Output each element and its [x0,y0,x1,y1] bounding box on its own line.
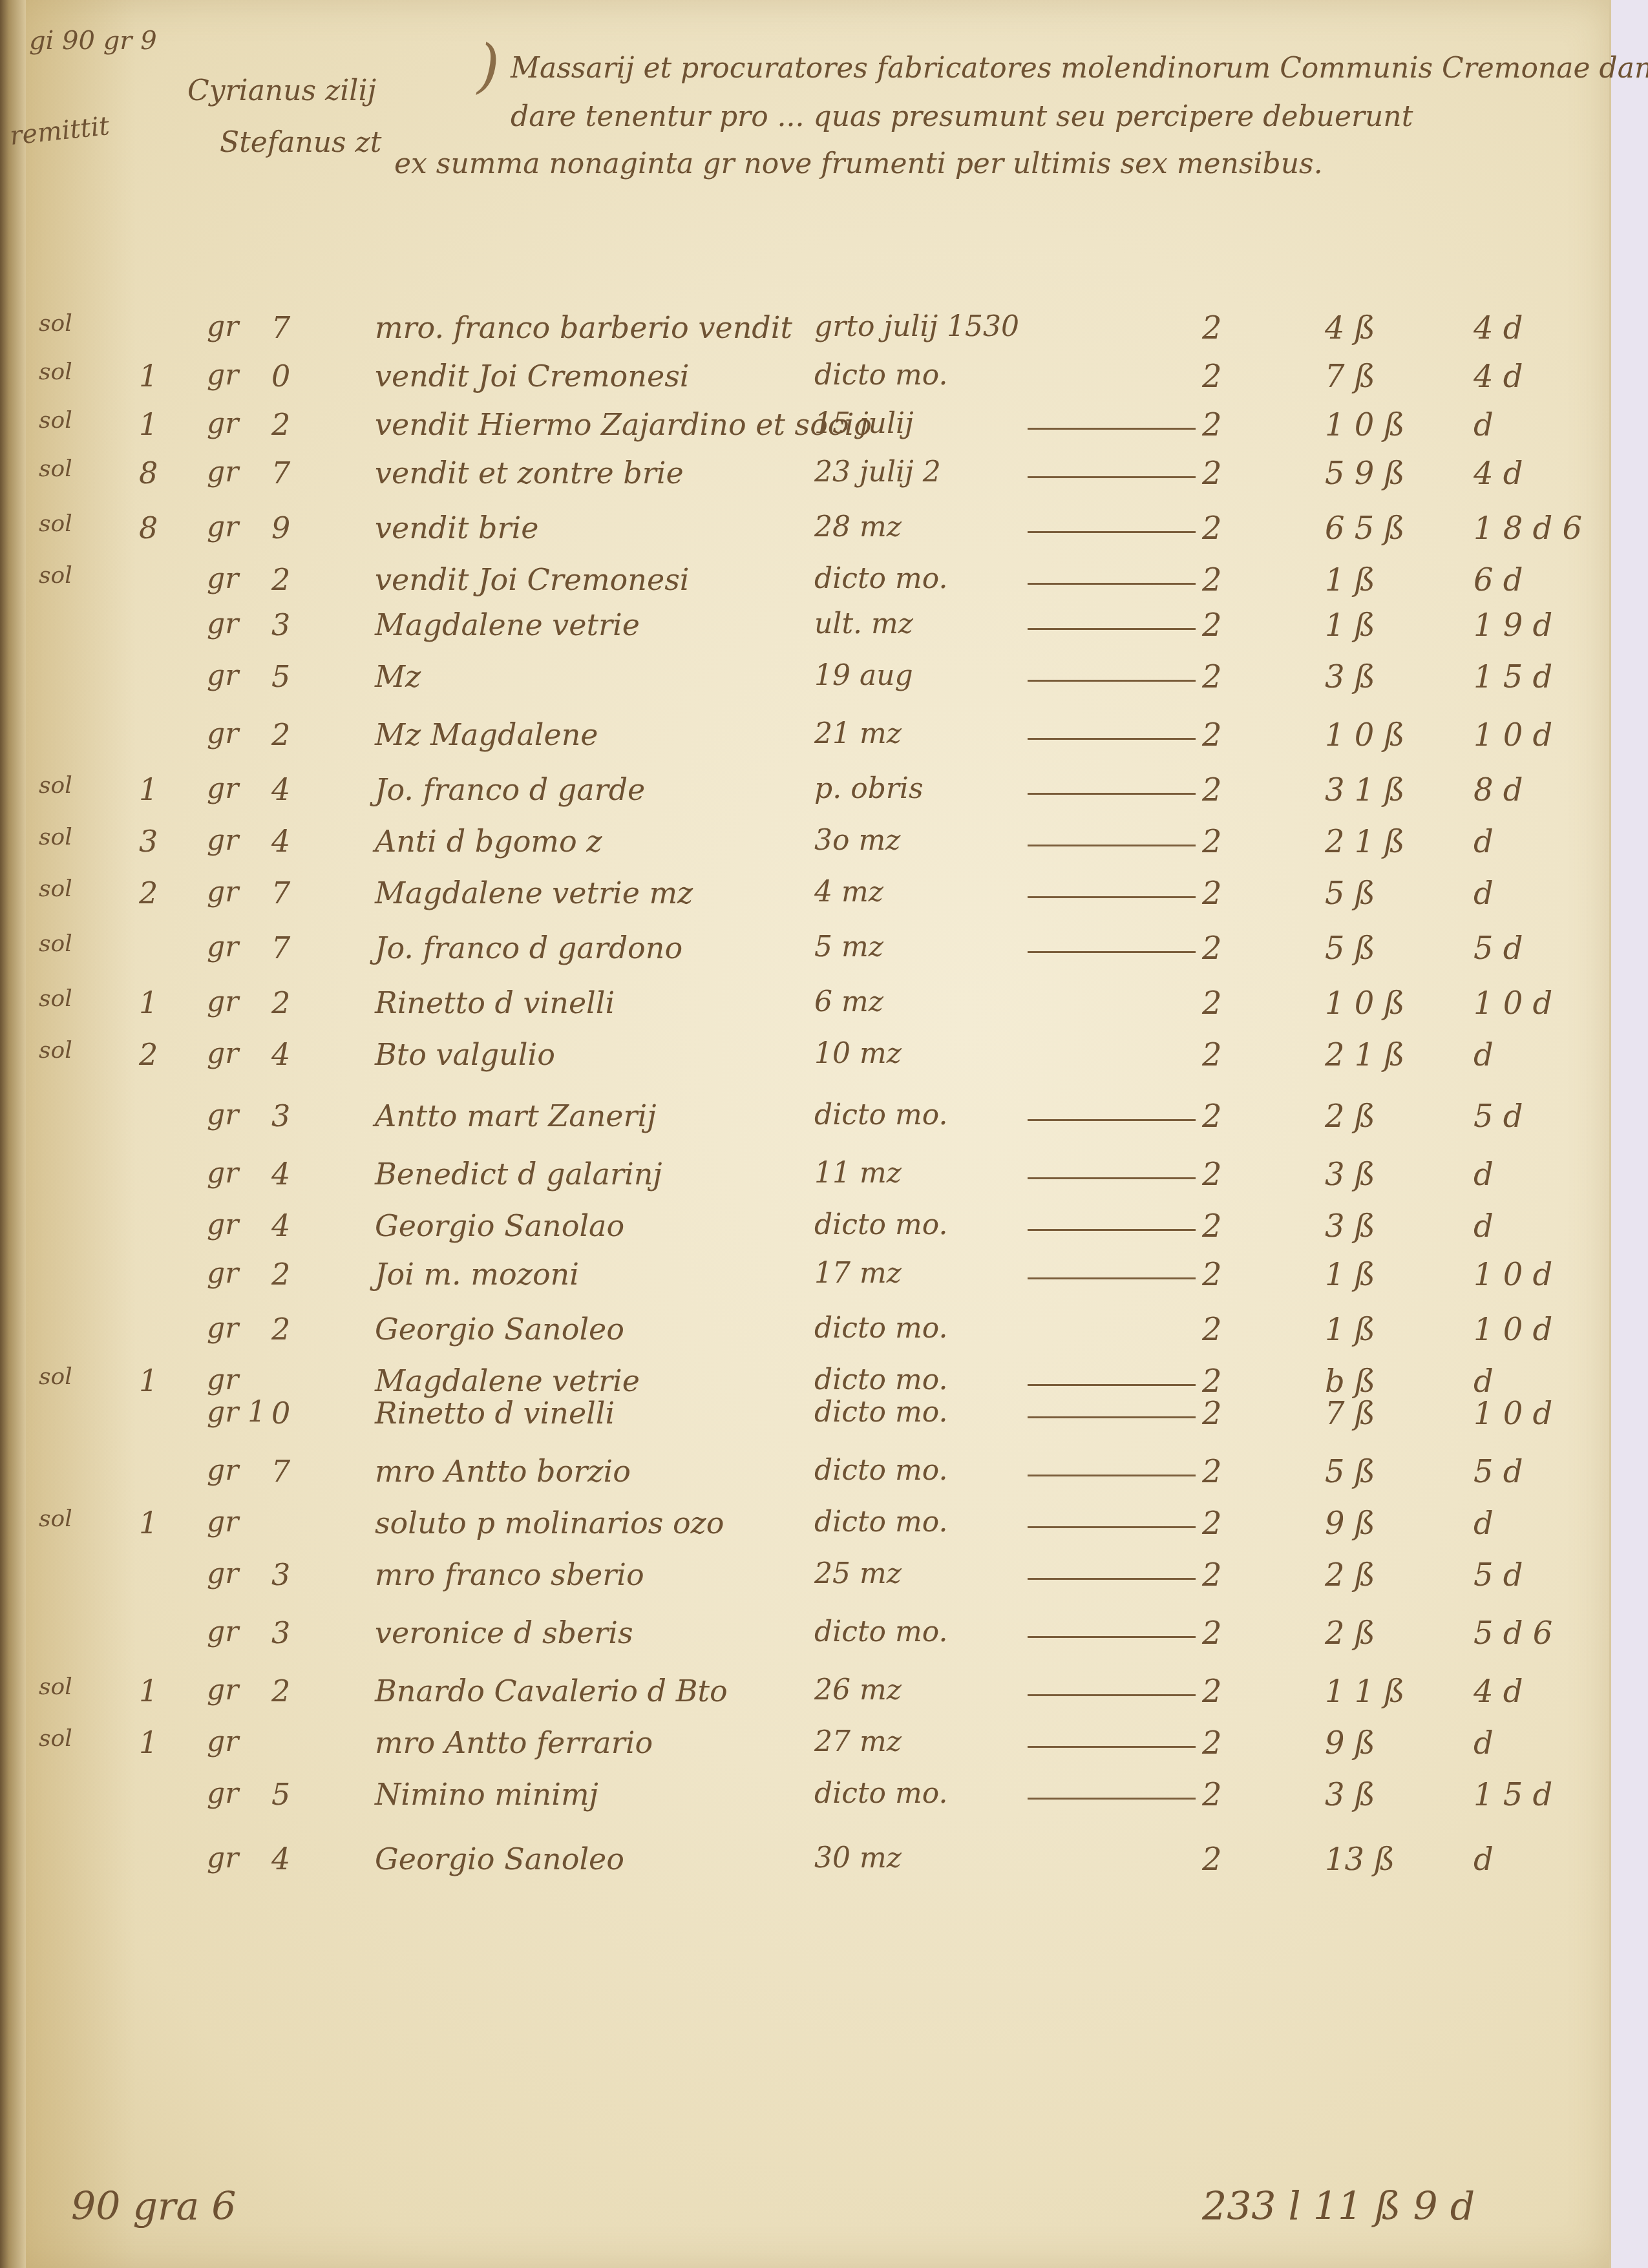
entry-name: Georgio Sanoleo [375,1842,624,1876]
ledger-row: sol1gr2Rinetto d vinelli6 mz21 0 ß1 0 d [0,985,1609,1031]
amount-denari: 5 d [1474,930,1523,967]
manuscript-page: gi 90 gr 9 remittit Cyrianus zilij Stefa… [0,0,1611,2268]
count-mark: 1 [139,1506,158,1540]
ledger-row: gr2Joi m. mozoni17 mz21 ß1 0 d [0,1257,1609,1302]
amount-soldi: 1 0 ß [1325,985,1405,1022]
count-mark: 1 [139,772,158,807]
ledger-dash-line [1028,1475,1196,1476]
amount-soldi: 5 ß [1325,876,1375,912]
entry-date: 10 mz [814,1037,902,1070]
amount-soldi: 3 ß [1325,1157,1375,1193]
amount-libre: 2 [1202,562,1222,598]
grain-unit: gr [207,772,238,805]
amount-denari: d [1474,1842,1494,1878]
amount-denari: 1 0 d [1474,985,1552,1022]
entry-name: mro Antto borzio [375,1454,631,1489]
ledger-row: gr4Georgio Sanoleo30 mz213 ßd [0,1842,1609,1887]
amount-soldi: 1 0 ß [1325,407,1405,443]
grain-unit: gr [207,1725,238,1758]
entry-name: soluto p molinarios ozo [375,1506,724,1540]
paid-mark: sol [39,876,72,902]
grain-unit: gr [207,659,238,692]
entry-date: dicto mo. [814,1098,947,1131]
grain-unit: gr [207,1363,238,1396]
entry-name: Jo. franco d garde [375,772,645,807]
grain-unit: gr [207,1842,238,1874]
grain-unit: gr [207,407,238,440]
entry-name: Bnardo Cavalerio d Bto [375,1674,728,1708]
amount-libre: 2 [1202,1557,1222,1593]
amount-denari: 6 d [1474,562,1523,598]
entry-name: Magdalene vetrie [375,607,640,642]
amount-libre: 2 [1202,985,1222,1022]
entry-name: Magdalene vetrie [375,1363,640,1398]
entry-name: Mz [375,659,421,694]
ledger-row: sol3gr4Anti d bgomo z3o mz22 1 ßd [0,824,1609,869]
amount-libre: 2 [1202,824,1222,860]
amount-soldi: 3 ß [1325,659,1375,695]
amount-soldi: 13 ß [1325,1842,1395,1878]
count-mark: 1 [139,1674,158,1708]
entry-date: dicto mo. [814,562,947,595]
amount-soldi: 1 ß [1325,607,1375,644]
entry-date: 3o mz [814,824,900,857]
ledger-row: gr4Benedict d galarinj11 mz23 ßd [0,1157,1609,1202]
amount-soldi: 7 ß [1325,1396,1375,1432]
paid-mark: sol [39,1674,72,1700]
paid-mark: sol [39,1363,72,1390]
entry-name: vendit Hiermo Zajardino et socio [375,407,872,442]
amount-libre: 2 [1202,717,1222,753]
amount-libre: 2 [1202,607,1222,644]
ledger-dash-line [1028,428,1196,430]
ledger-dash-line [1028,1636,1196,1638]
amount-libre: 2 [1202,1208,1222,1244]
grain-qty: 2 [271,985,290,1020]
ledger-row: sol1gr0vendit Joi Cremonesidicto mo.27 ß… [0,359,1609,404]
grain-qty: 4 [271,1157,290,1192]
grain-qty: 5 [271,659,290,694]
entry-name: vendit Joi Cremonesi [375,562,689,597]
amount-soldi: 7 ß [1325,359,1375,395]
entry-date: ult. mz [814,607,913,640]
ledger-row: sol1gr2vendit Hiermo Zajardino et socio1… [0,407,1609,452]
amount-denari: 5 d 6 [1474,1615,1552,1652]
amount-soldi: 9 ß [1325,1506,1375,1542]
count-mark: 1 [139,1363,158,1398]
entry-name: vendit brie [375,510,538,545]
ledger-row: sol2gr4Bto valgulio10 mz22 1 ßd [0,1037,1609,1082]
amount-denari: d [1474,1506,1494,1542]
amount-libre: 2 [1202,1157,1222,1193]
amount-denari: d [1474,1157,1494,1193]
ledger-dash-line [1028,1229,1196,1231]
amount-soldi: b ß [1325,1363,1375,1400]
entry-name: Jo. franco d gardono [375,930,682,965]
grain-qty: 0 [271,1396,290,1431]
entry-date: p. obris [814,772,923,805]
paid-mark: sol [39,510,72,537]
amount-libre: 2 [1202,310,1222,346]
amount-libre: 2 [1202,659,1222,695]
ledger-row: gr5Mz19 aug23 ß1 5 d [0,659,1609,704]
money-total: 233 l 11 ß 9 d [1202,2184,1475,2229]
amount-denari: 4 d [1474,359,1523,395]
amount-libre: 2 [1202,1098,1222,1135]
amount-denari: 4 d [1474,310,1523,346]
grain-qty: 0 [271,359,290,394]
grain-unit: gr [207,1506,238,1538]
amount-soldi: 5 ß [1325,930,1375,967]
ledger-dash-line [1028,628,1196,630]
amount-soldi: 3 ß [1325,1777,1375,1813]
grain-unit: gr [207,310,238,343]
entry-date: 28 mz [814,510,902,543]
entry-date: 27 mz [814,1725,902,1758]
grain-unit: gr [207,985,238,1018]
entry-name: Rinetto d vinelli [375,985,615,1020]
amount-denari: 4 d [1474,456,1523,492]
amount-soldi: 4 ß [1325,310,1375,346]
count-mark: 8 [139,456,158,490]
amount-soldi: 1 ß [1325,1312,1375,1348]
grain-unit: gr 1 [207,1396,266,1429]
amount-soldi: 6 5 ß [1325,510,1405,547]
grain-unit: gr [207,717,238,750]
ledger-row: sol8gr7vendit et zontre brie23 julij 225… [0,456,1609,501]
ledger-dash-line [1028,583,1196,585]
paid-mark: sol [39,824,72,850]
grain-unit: gr [207,510,238,543]
ledger-row: gr7mro Antto borziodicto mo.25 ß5 d [0,1454,1609,1499]
header-margin-count: gi 90 gr 9 [29,26,157,56]
entry-name: Bto valgulio [375,1037,555,1072]
ledger-dash-line [1028,680,1196,682]
amount-denari: 5 d [1474,1098,1523,1135]
count-mark: 2 [139,1037,158,1072]
amount-denari: 1 0 d [1474,1257,1552,1293]
entry-name: Anti d bgomo z [375,824,602,859]
entry-name: Joi m. mozoni [375,1257,579,1292]
grain-qty: 2 [271,1312,290,1347]
amount-libre: 2 [1202,930,1222,967]
amount-soldi: 9 ß [1325,1725,1375,1761]
ledger-dash-line [1028,476,1196,478]
amount-denari: 1 5 d [1474,1777,1552,1813]
grain-unit: gr [207,456,238,488]
entry-date: 23 julij 2 [814,456,941,488]
amount-libre: 2 [1202,1454,1222,1490]
grain-unit: gr [207,1157,238,1190]
grain-qty: 2 [271,562,290,597]
amount-soldi: 2 ß [1325,1615,1375,1652]
paid-mark: sol [39,985,72,1012]
amount-denari: d [1474,1363,1494,1400]
grain-unit: gr [207,1098,238,1131]
entry-date: dicto mo. [814,1777,947,1810]
grain-qty: 7 [271,456,290,490]
grain-unit: gr [207,359,238,392]
amount-soldi: 1 ß [1325,1257,1375,1293]
amount-denari: 1 8 d 6 [1474,510,1582,547]
count-mark: 1 [139,1725,158,1760]
grain-qty: 7 [271,1454,290,1489]
ledger-row: gr3veronice d sberisdicto mo.22 ß5 d 6 [0,1615,1609,1661]
entry-date: dicto mo. [814,1396,947,1429]
grain-unit: gr [207,1208,238,1241]
amount-denari: d [1474,876,1494,912]
ledger-dash-line [1028,793,1196,795]
amount-denari: 1 0 d [1474,1396,1552,1432]
amount-soldi: 3 1 ß [1325,772,1405,808]
amount-soldi: 5 9 ß [1325,456,1405,492]
entry-name: mro franco sberio [375,1557,644,1592]
ledger-row: sol1gr2Bnardo Cavalerio d Bto26 mz21 1 ß… [0,1674,1609,1719]
entry-date: 11 mz [814,1157,902,1190]
header-name-1: Cyrianus zilij [187,74,376,107]
ledger-row: sol1grsoluto p molinarios ozodicto mo.29… [0,1506,1609,1551]
amount-denari: d [1474,1037,1494,1073]
amount-denari: d [1474,1208,1494,1244]
count-mark: 1 [139,985,158,1020]
grain-qty: 3 [271,1615,290,1650]
paid-mark: sol [39,1725,72,1752]
paid-mark: sol [39,359,72,385]
amount-libre: 2 [1202,1506,1222,1542]
grain-qty: 9 [271,510,290,545]
amount-soldi: 1 0 ß [1325,717,1405,753]
grain-unit: gr [207,1454,238,1487]
entry-date: dicto mo. [814,359,947,392]
amount-libre: 2 [1202,1674,1222,1710]
entry-name: Georgio Sanolao [375,1208,624,1243]
ledger-row: gr3mro franco sberio25 mz22 ß5 d [0,1557,1609,1602]
ledger-dash-line [1028,1177,1196,1179]
paid-mark: sol [39,930,72,957]
amount-denari: d [1474,407,1494,443]
paid-mark: sol [39,1506,72,1532]
grain-unit: gr [207,1674,238,1706]
grain-unit: gr [207,824,238,857]
ledger-row: gr2Mz Magdalene21 mz21 0 ß1 0 d [0,717,1609,762]
amount-libre: 2 [1202,510,1222,547]
paid-mark: sol [39,310,72,337]
amount-soldi: 2 ß [1325,1557,1375,1593]
amount-libre: 2 [1202,407,1222,443]
count-mark: 2 [139,876,158,910]
header-name-2: Stefanus zt [220,126,382,159]
entry-name: mro. franco barberio vendit [375,310,792,345]
entry-date: dicto mo. [814,1454,947,1487]
amount-libre: 2 [1202,456,1222,492]
entry-date: 6 mz [814,985,883,1018]
ledger-row: sol1gr4Jo. franco d gardep. obris23 1 ß8… [0,772,1609,817]
amount-denari: 1 9 d [1474,607,1552,644]
ledger-dash-line [1028,1119,1196,1121]
paid-mark: sol [39,562,72,589]
grain-qty: 2 [271,1257,290,1292]
header-line-2: dare tenentur pro ... quas presumunt seu… [511,100,1413,133]
entry-name: Nimino minimj [375,1777,598,1812]
entry-date: dicto mo. [814,1312,947,1345]
amount-libre: 2 [1202,359,1222,395]
paid-mark: sol [39,407,72,434]
entry-date: dicto mo. [814,1363,947,1396]
ledger-dash-line [1028,1798,1196,1800]
paid-mark: sol [39,772,72,799]
entry-date: 25 mz [814,1557,902,1590]
ledger-row: gr3Antto mart Zanerijdicto mo.22 ß5 d [0,1098,1609,1144]
ledger-dash-line [1028,1526,1196,1528]
entry-date: dicto mo. [814,1506,947,1538]
grain-qty: 2 [271,717,290,752]
ledger-row: gr2Georgio Sanoleodicto mo.21 ß1 0 d [0,1312,1609,1357]
grain-qty: 4 [271,772,290,807]
amount-libre: 2 [1202,1615,1222,1652]
entry-date: 17 mz [814,1257,902,1290]
entry-name: Benedict d galarinj [375,1157,662,1192]
entry-name: vendit Joi Cremonesi [375,359,689,394]
amount-denari: 1 0 d [1474,717,1552,753]
ledger-dash-line [1028,738,1196,740]
header-line-1: Massarij et procuratores fabricatores mo… [511,52,1648,85]
entry-name: Magdalene vetrie mz [375,876,693,910]
grain-unit: gr [207,1312,238,1345]
amount-libre: 2 [1202,1363,1222,1400]
ledger-row: sol8gr9vendit brie28 mz26 5 ß1 8 d 6 [0,510,1609,556]
entry-name: Rinetto d vinelli [375,1396,615,1431]
entry-date: 15 julij [814,407,914,440]
grain-qty: 4 [271,1208,290,1243]
count-mark: 3 [139,824,158,859]
amount-soldi: 5 ß [1325,1454,1375,1490]
amount-denari: 8 d [1474,772,1523,808]
ledger-dash-line [1028,1416,1196,1418]
header-line-3: ex summa nonaginta gr nove frumenti per … [394,147,1323,180]
entry-name: Mz Magdalene [375,717,598,752]
amount-libre: 2 [1202,1842,1222,1878]
entry-name: mro Antto ferrario [375,1725,653,1760]
amount-soldi: 1 ß [1325,562,1375,598]
grain-qty: 7 [271,876,290,910]
ledger-row: gr 10Rinetto d vinellidicto mo.27 ß1 0 d [0,1396,1609,1441]
grain-unit: gr [207,1257,238,1290]
amount-libre: 2 [1202,876,1222,912]
entry-date: 30 mz [814,1842,902,1874]
grain-unit: gr [207,1557,238,1590]
paid-mark: sol [39,1037,72,1064]
ledger-row: sol1grmro Antto ferrario27 mz29 ßd [0,1725,1609,1770]
grain-qty: 4 [271,1842,290,1876]
entry-date: 26 mz [814,1674,902,1706]
grain-qty: 7 [271,930,290,965]
entry-date: dicto mo. [814,1615,947,1648]
ledger-dash-line [1028,1384,1196,1386]
amount-libre: 2 [1202,772,1222,808]
entry-name: Antto mart Zanerij [375,1098,656,1133]
amount-libre: 2 [1202,1257,1222,1293]
entry-date: 4 mz [814,876,883,908]
entry-date: grto julij 1530 [814,310,1019,343]
grain-qty: 2 [271,1674,290,1708]
ledger-dash-line [1028,531,1196,533]
grain-unit: gr [207,1037,238,1070]
grain-unit: gr [207,1777,238,1810]
grain-unit: gr [207,607,238,640]
grain-qty: 4 [271,824,290,859]
amount-denari: 1 5 d [1474,659,1552,695]
grain-unit: gr [207,876,238,908]
entry-name: veronice d sberis [375,1615,633,1650]
count-mark: 1 [139,359,158,394]
amount-soldi: 2 1 ß [1325,824,1405,860]
amount-libre: 2 [1202,1725,1222,1761]
ledger-row: solgr7mro. franco barberio venditgrto ju… [0,310,1609,355]
ledger-row: solgr7Jo. franco d gardono5 mz25 ß5 d [0,930,1609,976]
ledger-dash-line [1028,1694,1196,1696]
grain-unit: gr [207,562,238,595]
entry-date: 21 mz [814,717,902,750]
grain-qty: 2 [271,407,290,442]
ledger-dash-line [1028,845,1196,846]
grain-unit: gr [207,1615,238,1648]
amount-soldi: 2 1 ß [1325,1037,1405,1073]
amount-soldi: 2 ß [1325,1098,1375,1135]
grain-total: 90 gra 6 [71,2184,237,2229]
entry-date: 5 mz [814,930,883,963]
ledger-row: gr5Nimino minimjdicto mo.23 ß1 5 d [0,1777,1609,1822]
grain-qty: 3 [271,607,290,642]
grain-unit: gr [207,930,238,963]
amount-denari: 5 d [1474,1557,1523,1593]
amount-libre: 2 [1202,1312,1222,1348]
amount-denari: d [1474,824,1494,860]
entry-name: Georgio Sanoleo [375,1312,624,1347]
amount-denari: 1 0 d [1474,1312,1552,1348]
entry-name: vendit et zontre brie [375,456,684,490]
ledger-dash-line [1028,1578,1196,1580]
grain-qty: 4 [271,1037,290,1072]
amount-soldi: 3 ß [1325,1208,1375,1244]
grain-qty: 3 [271,1098,290,1133]
ledger-dash-line [1028,1746,1196,1748]
amount-denari: 5 d [1474,1454,1523,1490]
amount-libre: 2 [1202,1777,1222,1813]
ledger-dash-line [1028,896,1196,898]
grain-qty: 5 [271,1777,290,1812]
ledger-row: gr4Georgio Sanolaodicto mo.23 ßd [0,1208,1609,1254]
ledger-row: sol2gr7Magdalene vetrie mz4 mz25 ßd [0,876,1609,921]
ledger-dash-line [1028,1277,1196,1279]
entry-date: 19 aug [814,659,913,692]
amount-denari: 4 d [1474,1674,1523,1710]
amount-denari: d [1474,1725,1494,1761]
header-brace: ) [477,32,500,100]
amount-libre: 2 [1202,1396,1222,1432]
grain-qty: 3 [271,1557,290,1592]
amount-soldi: 1 1 ß [1325,1674,1405,1710]
count-mark: 8 [139,510,158,545]
count-mark: 1 [139,407,158,442]
ledger-row: solgr2vendit Joi Cremonesidicto mo.21 ß6… [0,562,1609,607]
amount-libre: 2 [1202,1037,1222,1073]
ledger-dash-line [1028,951,1196,953]
paid-mark: sol [39,456,72,482]
grain-qty: 7 [271,310,290,345]
entry-date: dicto mo. [814,1208,947,1241]
ledger-row: gr3Magdalene vetrieult. mz21 ß1 9 d [0,607,1609,653]
